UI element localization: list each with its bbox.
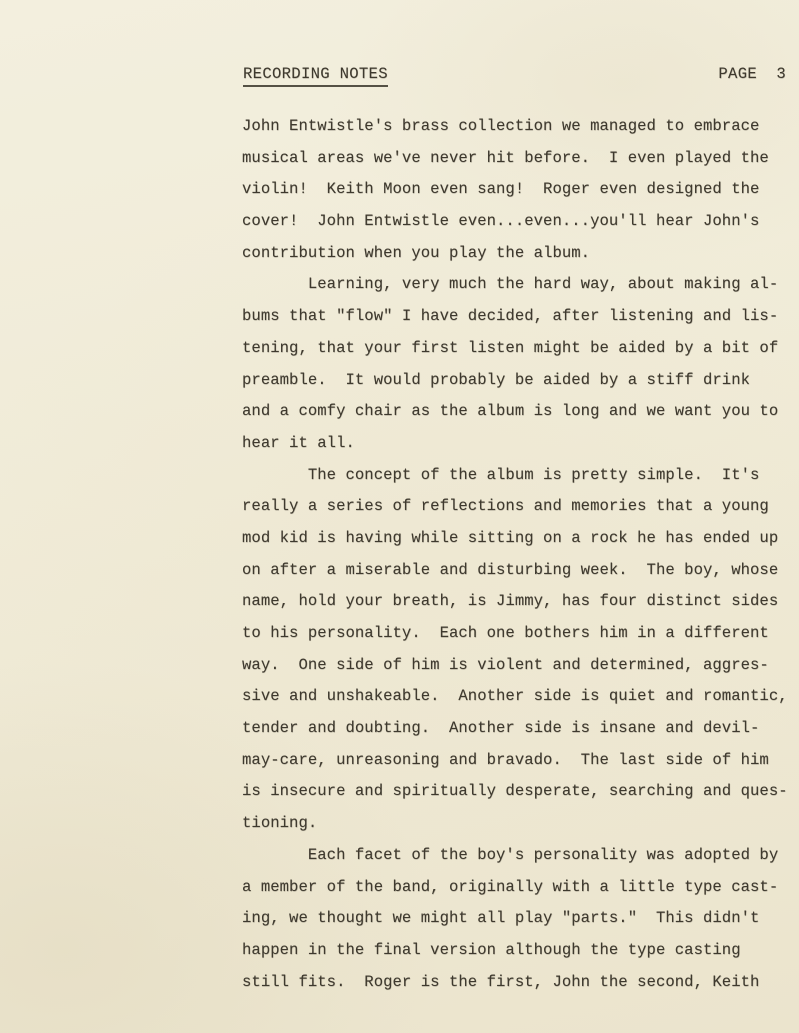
typed-line: tender and doubting. Another side is ins… (242, 713, 799, 745)
typed-line: violin! Keith Moon even sang! Roger even… (242, 174, 799, 206)
typed-line: way. One side of him is violent and dete… (242, 650, 799, 682)
typed-line: may-care, unreasoning and bravado. The l… (242, 745, 799, 777)
typed-line: to his personality. Each one bothers him… (242, 618, 799, 650)
typed-line: ing, we thought we might all play "parts… (242, 903, 799, 935)
typed-line: The concept of the album is pretty simpl… (242, 460, 799, 492)
typed-line: tioning. (242, 808, 799, 840)
typed-line: sive and unshakeable. Another side is qu… (242, 681, 799, 713)
typed-line: name, hold your breath, is Jimmy, has fo… (242, 586, 799, 618)
typed-line: is insecure and spiritually desperate, s… (242, 776, 799, 808)
typed-line: musical areas we've never hit before. I … (242, 143, 799, 175)
typed-line: really a series of reflections and memor… (242, 491, 799, 523)
typed-line: tening, that your first listen might be … (242, 333, 799, 365)
typed-line: Each facet of the boy's personality was … (242, 840, 799, 872)
typed-line: bums that "flow" I have decided, after l… (242, 301, 799, 333)
page-number: PAGE 3 (718, 66, 786, 83)
typed-line: still fits. Roger is the first, John the… (242, 967, 799, 999)
typed-line: Learning, very much the hard way, about … (242, 269, 799, 301)
typed-line: and a comfy chair as the album is long a… (242, 396, 799, 428)
typed-line: contribution when you play the album. (242, 238, 799, 270)
typed-line: a member of the band, originally with a … (242, 872, 799, 904)
typed-line: cover! John Entwistle even...even...you'… (242, 206, 799, 238)
typed-line: on after a miserable and disturbing week… (242, 555, 799, 587)
document-title: RECORDING NOTES (243, 66, 388, 87)
typed-line: John Entwistle's brass collection we man… (242, 111, 799, 143)
typed-line: preamble. It would probably be aided by … (242, 365, 799, 397)
typed-line: happen in the final version although the… (242, 935, 799, 967)
document-body: John Entwistle's brass collection we man… (242, 111, 799, 998)
typed-line: hear it all. (242, 428, 799, 460)
page-header: RECORDING NOTES PAGE 3 (243, 66, 786, 87)
typed-line: mod kid is having while sitting on a roc… (242, 523, 799, 555)
scanned-typewritten-page: RECORDING NOTES PAGE 3 John Entwistle's … (0, 0, 799, 1033)
